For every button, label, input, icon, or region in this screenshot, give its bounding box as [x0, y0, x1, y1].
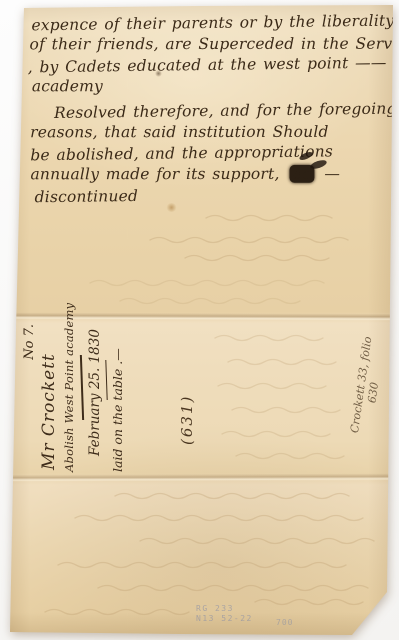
docket-block: No 7. Mr Crockett Abolish West Point aca… [22, 318, 125, 478]
manuscript-line: Resolved therefore, and for the foregoin… [30, 99, 388, 125]
photo-background: expence of their parents or by the liber… [0, 0, 399, 640]
manuscript-line: be abolished, and the appropriations [30, 141, 388, 167]
manuscript-line: of their friends, are Superceded in the … [30, 34, 388, 56]
docket-rule [105, 360, 107, 400]
docket-rule [80, 355, 84, 420]
paper-sheet: expence of their parents or by the liber… [0, 0, 399, 640]
docket-subject: Abolish West Point academy [62, 318, 76, 472]
folio-annotation: (631) [178, 375, 196, 445]
pencil-catalog-note: Crockett 33, folio 630 [348, 313, 390, 435]
manuscript-line: annually made for its support, be — [30, 164, 388, 186]
manuscript-line: , by Cadets educated at the west point —… [28, 53, 388, 79]
docket-date: February 25. 1830 [87, 318, 103, 456]
archive-stamp: RG 233 N13 52-22 [196, 604, 253, 624]
docket-number: No 7. [22, 318, 37, 478]
line-end-dash: — [324, 165, 340, 183]
docket-action: laid on the table .— [110, 318, 125, 472]
manuscript-body: expence of their parents or by the liber… [29, 12, 388, 207]
manuscript-line: expence of their parents or by the liber… [31, 11, 387, 37]
manuscript-line: reasons, that said institution Should [30, 122, 388, 144]
manuscript-line: discontinued [34, 183, 388, 209]
manuscript-line: academy [32, 76, 388, 98]
stamp-line2: N13 52-22 [196, 614, 253, 624]
docket-name: Mr Crockett [39, 318, 59, 470]
manuscript-line-text: annually made for its support, [30, 165, 279, 183]
manuscript-paper: expence of their parents or by the liber… [0, 0, 399, 640]
stamp-number: 700 [276, 618, 293, 627]
stamp-line1: RG 233 [196, 604, 253, 614]
